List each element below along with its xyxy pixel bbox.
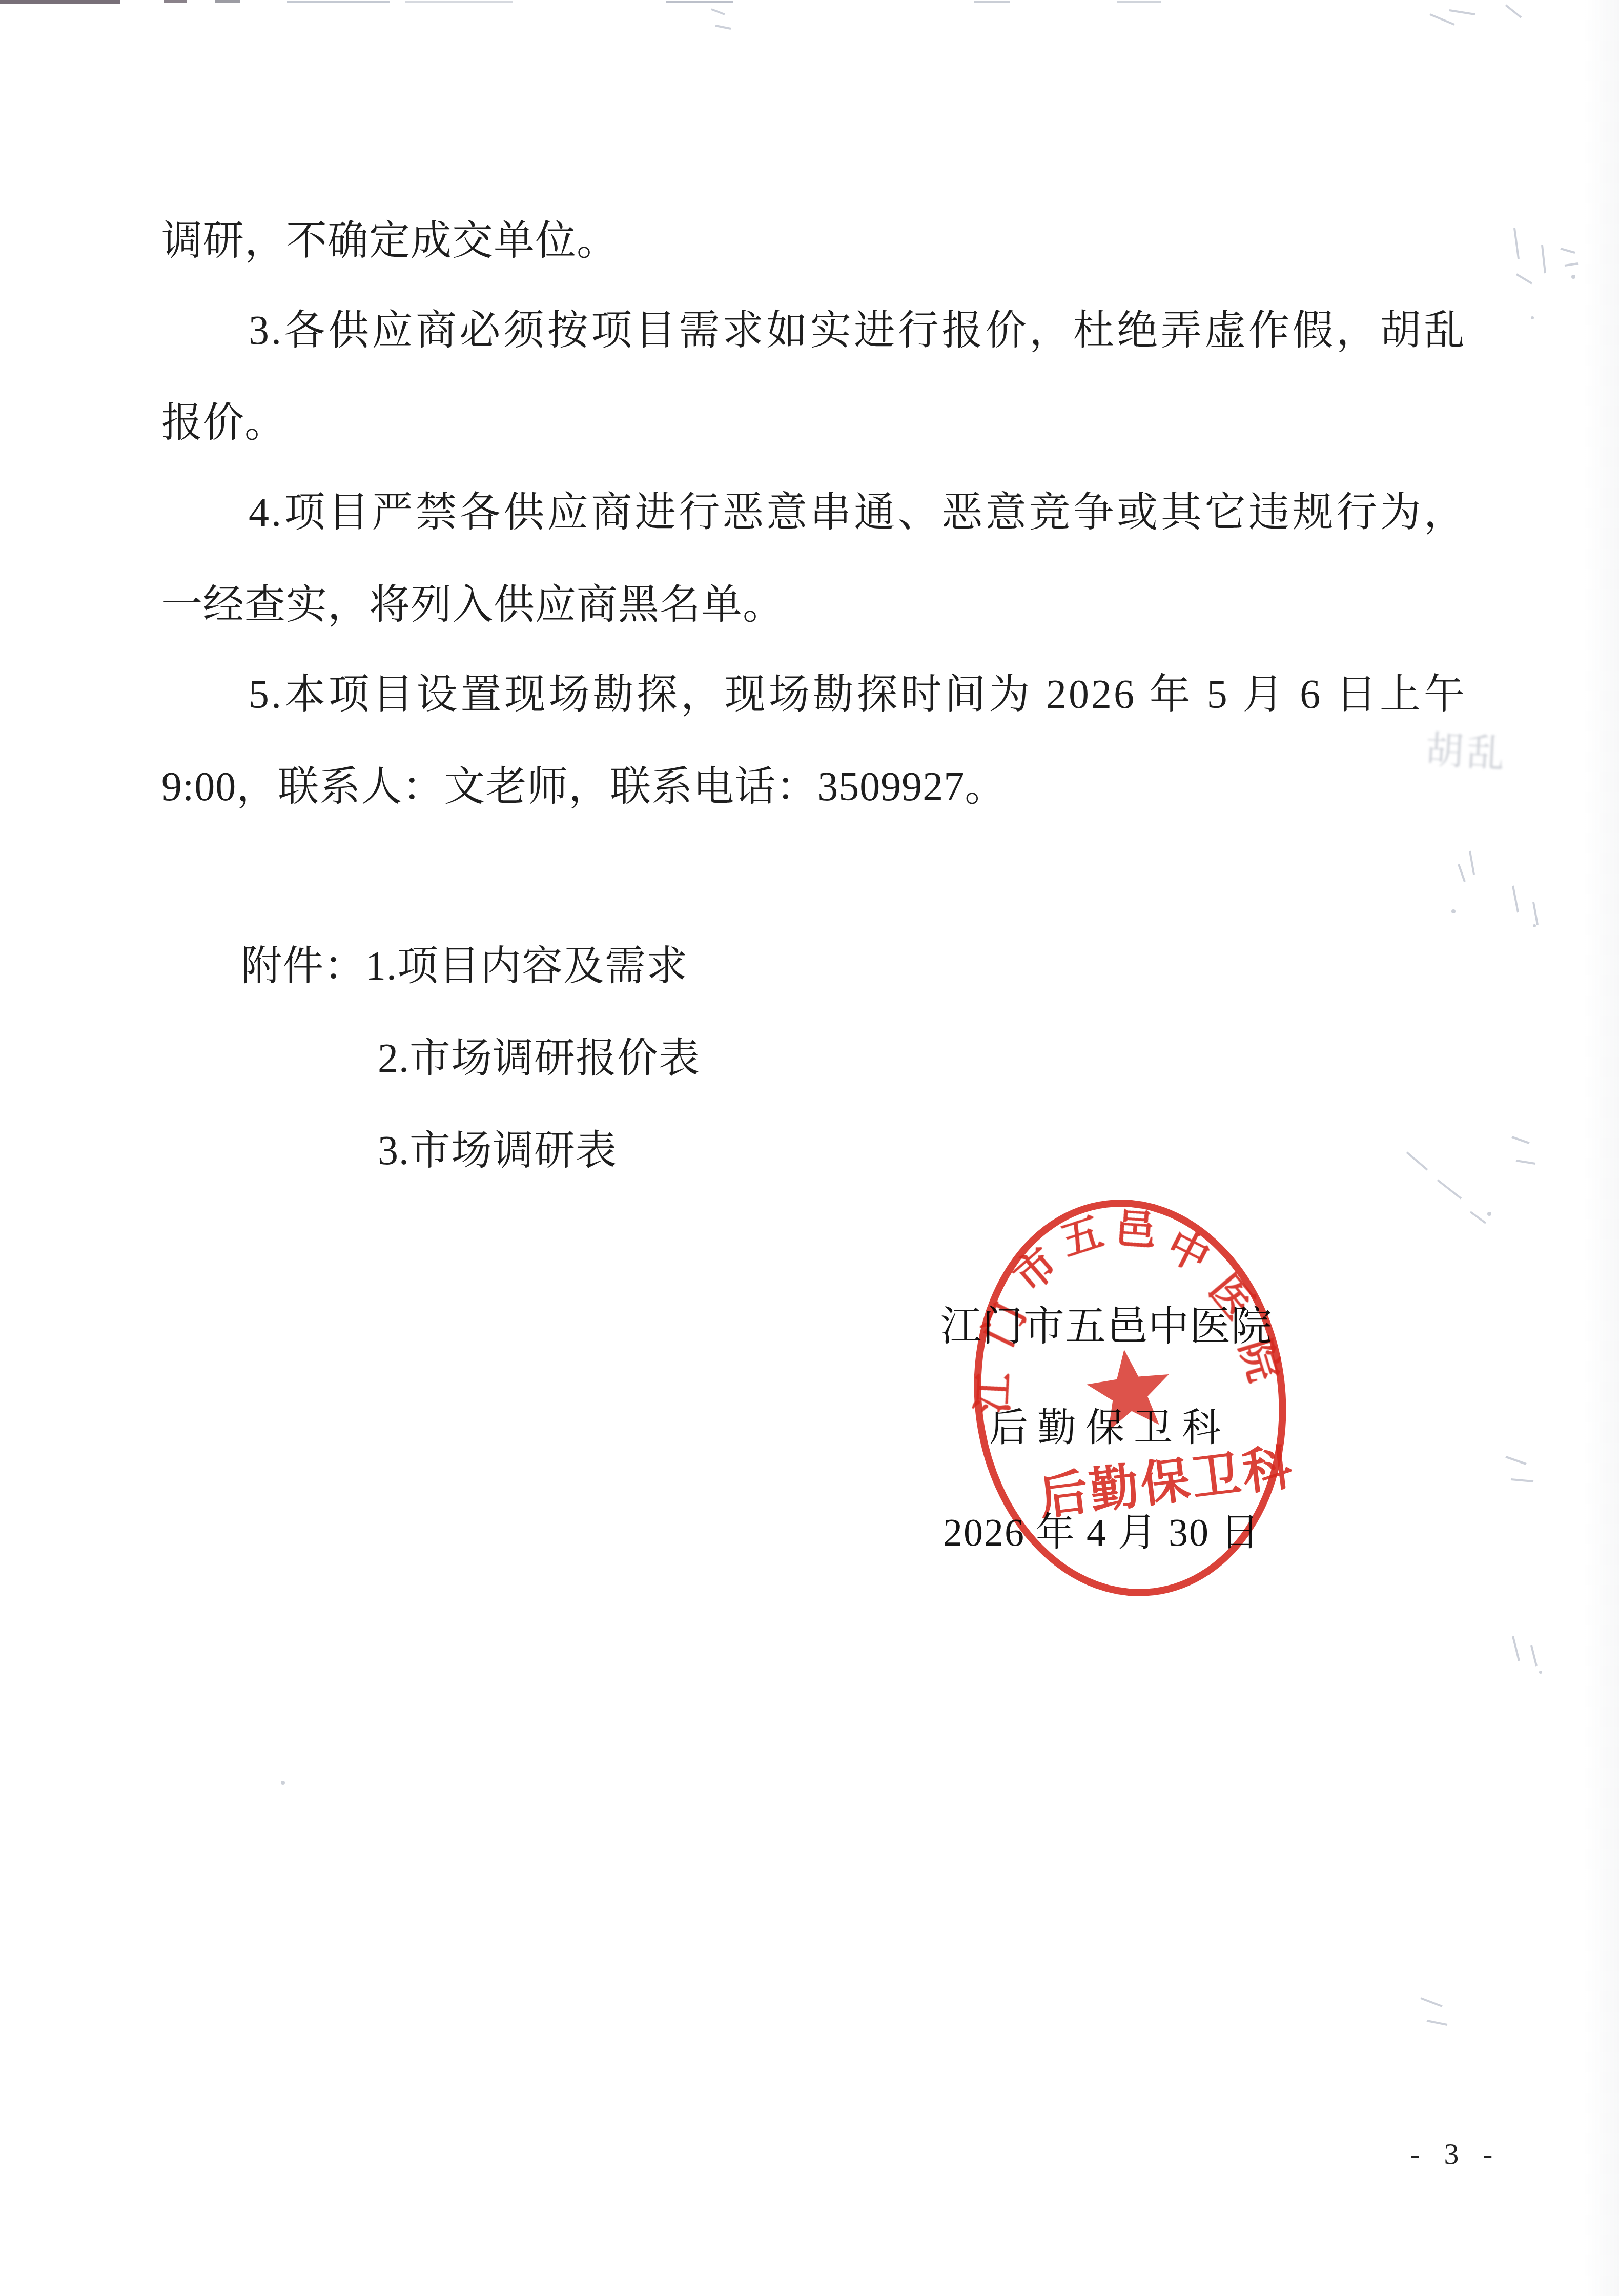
stamp-arc-char: 中 [1159, 1223, 1216, 1282]
body-line-7: 9:00，联系人：文老师，联系电话：3509927。 [161, 760, 1006, 815]
scan-artifact [974, 1, 1010, 3]
attachment-item-2: 2.市场调研报价表 [378, 1032, 700, 1086]
signature-dept: 后勤保卫科 [989, 1409, 1230, 1448]
body-line-1: 调研，不确定成交单位。 [161, 214, 618, 269]
scan-artifact [164, 0, 187, 3]
stamp-arc-char: 邑 [1113, 1207, 1157, 1254]
attachment-heading: 附件：1.项目内容及需求 [241, 940, 688, 994]
attachment-item-3: 3.市场调研表 [378, 1124, 617, 1179]
scan-artifact [215, 0, 240, 3]
page-number: - 3 - [1379, 2137, 1532, 2171]
scan-artifact [0, 0, 120, 4]
ghost-bleedthrough-text: 胡乱 [1424, 720, 1509, 778]
body-line-4: 4.项目严禁各供应商进行恶意串通、恶意竞争或其它违规行为， [249, 486, 1467, 540]
document-page: 调研，不确定成交单位。 3.各供应商必须按项目需求如实进行报价，杜绝弄虚作假，胡… [0, 0, 1619, 2296]
body-line-6: 5.本项目设置现场勘探，现场勘探时间为 2026 年 5 月 6 日上午 [249, 668, 1467, 722]
body-line-3: 报价。 [161, 396, 286, 451]
scan-artifact [287, 1, 390, 3]
signature-date: 2026 年 4 月 30 日 [943, 1513, 1260, 1552]
scan-artifact [1117, 1, 1161, 3]
body-line-5: 一经查实，将列入供应商黑名单。 [161, 578, 784, 633]
body-line-2: 3.各供应商必须按项目需求如实进行报价，杜绝弄虚作假，胡乱 [249, 304, 1467, 358]
stamp-arc-char: 市 [1006, 1240, 1067, 1301]
scan-edge-shading [1583, 0, 1619, 2296]
signature-org: 江门市五邑中医院 [940, 1306, 1273, 1347]
scan-artifact [666, 1, 733, 3]
scan-artifact [405, 1, 513, 3]
